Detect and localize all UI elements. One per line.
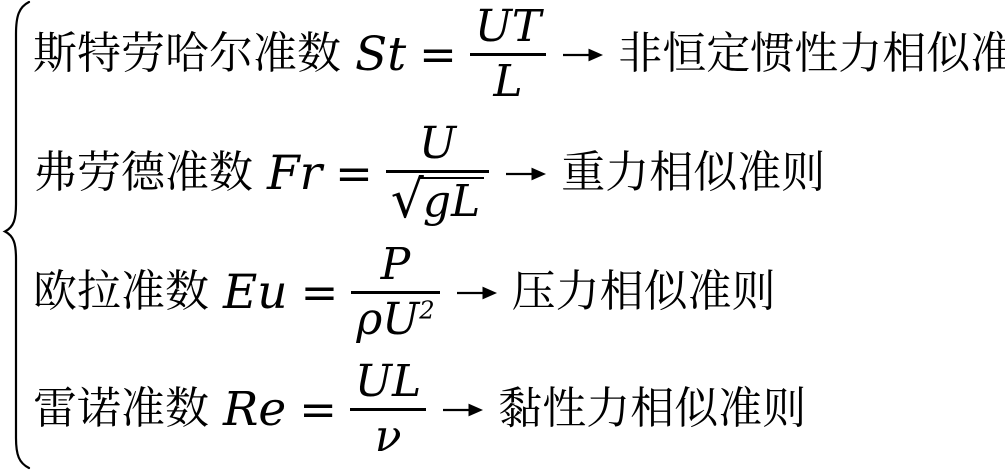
criterion-name: 欧拉准数 <box>33 269 209 315</box>
criterion-name: 弗劳德准数 <box>33 150 253 196</box>
similarity-criterion-label: 压力相似准则 <box>512 269 776 315</box>
right-arrow-icon <box>443 401 483 419</box>
fraction-numerator: U <box>414 121 461 167</box>
equals-sign: = <box>299 383 337 436</box>
criterion-symbol: Eu <box>223 269 288 316</box>
similarity-criterion-label: 非恒定惯性力相似准则 <box>618 31 1005 77</box>
fraction-numerator: UL <box>350 359 426 405</box>
fraction: P ρU2 <box>351 242 439 343</box>
fraction-denominator: L <box>488 59 527 105</box>
similarity-criterion-label: 重力相似准则 <box>561 150 825 196</box>
right-arrow-icon <box>506 165 546 183</box>
criterion-row-froude: 弗劳德准数 Fr = U √ gL 重力相似准则 <box>33 121 1005 226</box>
fraction-denominator: ν <box>370 414 407 460</box>
square-root: √ gL <box>391 177 484 225</box>
criterion-row-strouhal: 斯特劳哈尔准数 St = UT L 非恒定惯性力相似准则 <box>33 4 1005 105</box>
criterion-row-reynolds: 雷诺准数 Re = UL ν 黏性力相似准则 <box>33 359 1005 460</box>
criterion-symbol: Re <box>223 386 286 433</box>
equals-sign: = <box>335 147 373 200</box>
criterion-row-euler: 欧拉准数 Eu = P ρU2 压力相似准则 <box>33 242 1005 343</box>
similarity-criterion-label: 黏性力相似准则 <box>498 386 806 432</box>
equals-sign: = <box>419 28 457 81</box>
formula-figure: 斯特劳哈尔准数 St = UT L 非恒定惯性力相似准则 弗劳德准数 Fr = … <box>0 0 1005 470</box>
criterion-symbol: Fr <box>267 150 322 197</box>
fraction: UL ν <box>350 359 426 460</box>
radicand: gL <box>420 177 484 224</box>
criterion-name: 斯特劳哈尔准数 <box>33 31 341 77</box>
grouping-brace <box>2 0 32 470</box>
denominator-base: ρU <box>356 294 419 345</box>
criterion-name: 雷诺准数 <box>33 386 209 432</box>
denominator-exponent: 2 <box>419 296 434 324</box>
fraction-numerator: P <box>376 242 416 288</box>
fraction-denominator: ρU2 <box>351 297 439 343</box>
right-arrow-icon <box>457 284 497 302</box>
criteria-list: 斯特劳哈尔准数 St = UT L 非恒定惯性力相似准则 弗劳德准数 Fr = … <box>33 0 1005 470</box>
criterion-symbol: St <box>355 31 406 78</box>
fraction: U √ gL <box>386 121 489 226</box>
equals-sign: = <box>301 266 339 319</box>
left-curly-brace-icon <box>2 0 32 470</box>
fraction-numerator: UT <box>470 4 546 50</box>
fraction-denominator: √ gL <box>386 176 489 226</box>
right-arrow-icon <box>563 46 603 64</box>
fraction: UT L <box>470 4 546 105</box>
